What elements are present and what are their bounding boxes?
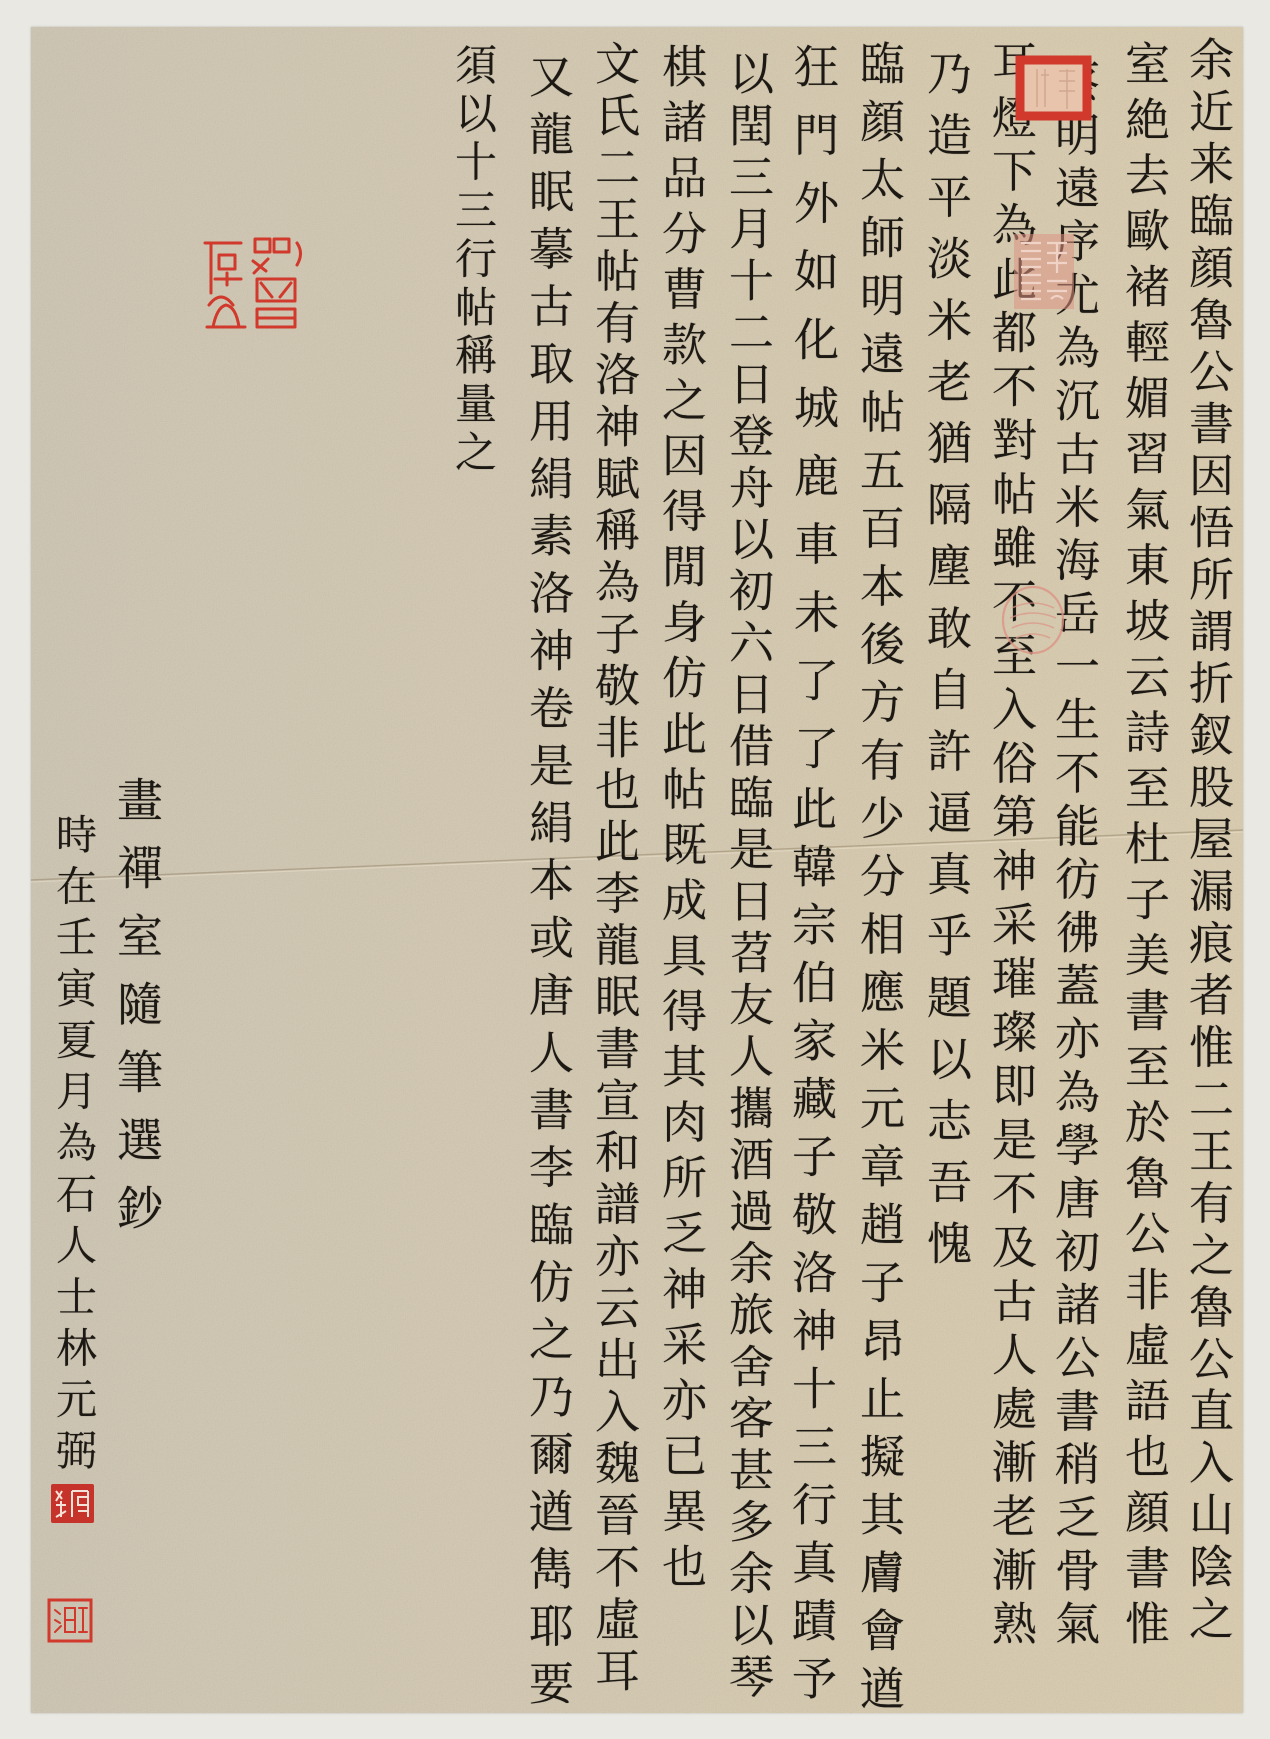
text-column-12: 須以十三行帖稱量之	[441, 43, 505, 472]
text-column-6: 臨顔太師明遠帖五百本後方有少分相應米元章趙子昂止擬其膚會遒	[846, 40, 910, 1710]
scanned-calligraphy-page: 余近来臨顔魯公書因悟所謂折釵股屋漏痕者惟二王有之魯公直入山陰之 室絶去歐褚輕媚習…	[0, 0, 1270, 1739]
work-title: 畫禪室隨筆選鈔	[105, 776, 169, 1230]
text-column-5: 乃造平淡米老猶隔塵敢自許逼真乎題以志吾愧	[913, 50, 977, 1265]
text-column-9: 棋諸品分曹款之因得閒身仿此帖既成具得其肉所乏神采亦已異也	[648, 43, 712, 1588]
square-seal-icon	[1015, 55, 1092, 121]
square-seal-icon	[197, 233, 308, 333]
square-seal-icon	[50, 1483, 95, 1524]
square-seal-icon	[47, 1598, 93, 1643]
text-column-2: 室絶去歐褚輕媚習氣東坡云詩至杜子美書至於魯公非虛語也顔書惟	[1111, 40, 1175, 1645]
signature-inscription: 時在壬寅夏月為石人士林元弼	[41, 813, 105, 1470]
text-column-11: 又龍眠摹古取用絹素洛神卷是絹本或唐人書李臨仿之乃爾遒雋耶要	[515, 53, 579, 1705]
rect-seal-icon	[1013, 233, 1075, 310]
text-column-10: 文氏二王帖有洛神賦稱為子敬非也此李龍眠書宣和譜亦云出入魏晉不虛耳	[581, 40, 645, 1692]
text-column-7-lower: 此韓宗伯家藏子敬洛神十三行真蹟予	[778, 785, 842, 1700]
text-column-1: 余近来臨顔魯公書因悟所謂折釵股屋漏痕者惟二王有之魯公直入山陰之	[1175, 36, 1239, 1640]
round-seal-icon	[1000, 584, 1066, 656]
text-column-8: 以閏三月十二日登舟以初六日借臨是日苕友人攜酒過余旅舍客甚多余以琴	[715, 50, 779, 1698]
text-column-7-upper: 狂門外如化城鹿車未了了	[780, 43, 844, 770]
